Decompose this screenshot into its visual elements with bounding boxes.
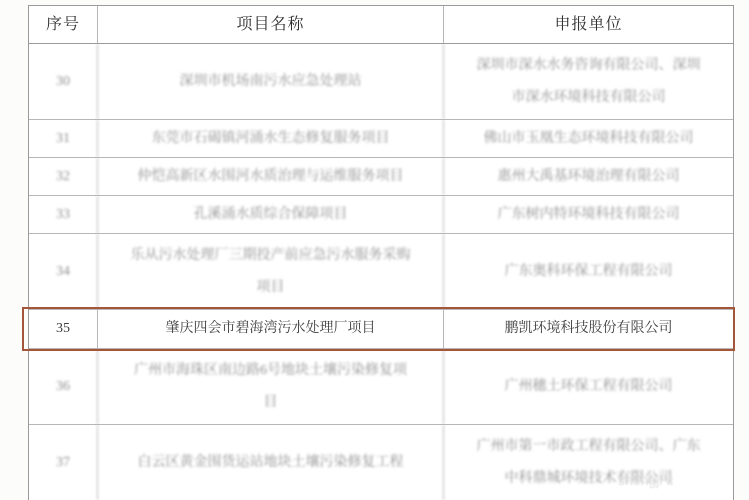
unit-name-cell: 广州穗土环保工程有限公司 (443, 349, 733, 424)
unit-name-cell: 广州市第一市政工程有限公司、广东 中科鼎城环境技术有限公司 (443, 425, 733, 500)
unit-name-cell: 鹏凯环境科技股份有限公司 (443, 310, 733, 348)
table-row: 34 乐从污水处理厂三期投产前应急污水服务采购 项目 广东奥科环保工程有限公司 (29, 234, 733, 310)
unit-name-cell: 广东奥科环保工程有限公司 (443, 234, 733, 309)
project-name-cell: 孔溪涌水质综合保障项目 (97, 196, 443, 233)
table-row: 37 白云区黄金围货运站地块土壤污染修复工程 广州市第一市政工程有限公司、广东 … (29, 425, 733, 500)
table-row: 31 东莞市石碣镇河涌水生态修复服务项目 佛山市玉凰生态环境科技有限公司 (29, 120, 733, 158)
table-row: 36 广州市海珠区南边路6号地块土壤污染修复项 目 广州穗土环保工程有限公司 (29, 349, 733, 425)
row-seq-cell: 30 (29, 44, 97, 119)
project-name-cell: 肇庆四会市碧海湾污水处理厂项目 (97, 310, 443, 348)
table-body: 30 深圳市机场南污水应急处理站 深圳市深水水务咨询有限公司、深圳 市深水环境科… (29, 44, 733, 500)
header-seq: 序号 (29, 6, 97, 43)
projects-table: 序号 项目名称 申报单位 30 深圳市机场南污水应急处理站 深圳市深水水务咨询有… (28, 5, 734, 500)
table-header-row: 序号 项目名称 申报单位 (29, 6, 733, 44)
row-seq-cell: 34 (29, 234, 97, 309)
table-row: 33 孔溪涌水质综合保障项目 广东树内特环境科技有限公司 (29, 196, 733, 234)
row-seq-cell: 35 (29, 310, 97, 348)
unit-name-cell: 佛山市玉凰生态环境科技有限公司 (443, 120, 733, 157)
unit-name-cell: 惠州大禹基环境治理有限公司 (443, 158, 733, 195)
watermark: shengji c (618, 472, 746, 488)
table-row: 30 深圳市机场南污水应急处理站 深圳市深水水务咨询有限公司、深圳 市深水环境科… (29, 44, 733, 120)
project-name-cell: 东莞市石碣镇河涌水生态修复服务项目 (97, 120, 443, 157)
table-row: 32 仲恺高新区水围河水质治理与运维服务项目 惠州大禹基环境治理有限公司 (29, 158, 733, 196)
row-seq-cell: 33 (29, 196, 97, 233)
unit-name-cell: 广东树内特环境科技有限公司 (443, 196, 733, 233)
row-seq-cell: 31 (29, 120, 97, 157)
table-row: 35 肇庆四会市碧海湾污水处理厂项目 鹏凯环境科技股份有限公司 (29, 310, 733, 349)
document-page: 序号 项目名称 申报单位 30 深圳市机场南污水应急处理站 深圳市深水水务咨询有… (0, 0, 749, 500)
project-name-cell: 仲恺高新区水围河水质治理与运维服务项目 (97, 158, 443, 195)
header-applicant-unit: 申报单位 (443, 6, 733, 43)
project-name-cell: 广州市海珠区南边路6号地块土壤污染修复项 目 (97, 349, 443, 424)
row-seq-cell: 32 (29, 158, 97, 195)
header-project-name: 项目名称 (97, 6, 443, 43)
row-seq-cell: 37 (29, 425, 97, 500)
project-name-cell: 白云区黄金围货运站地块土壤污染修复工程 (97, 425, 443, 500)
project-name-cell: 深圳市机场南污水应急处理站 (97, 44, 443, 119)
unit-name-cell: 深圳市深水水务咨询有限公司、深圳 市深水环境科技有限公司 (443, 44, 733, 119)
row-seq-cell: 36 (29, 349, 97, 424)
project-name-cell: 乐从污水处理厂三期投产前应急污水服务采购 项目 (97, 234, 443, 309)
